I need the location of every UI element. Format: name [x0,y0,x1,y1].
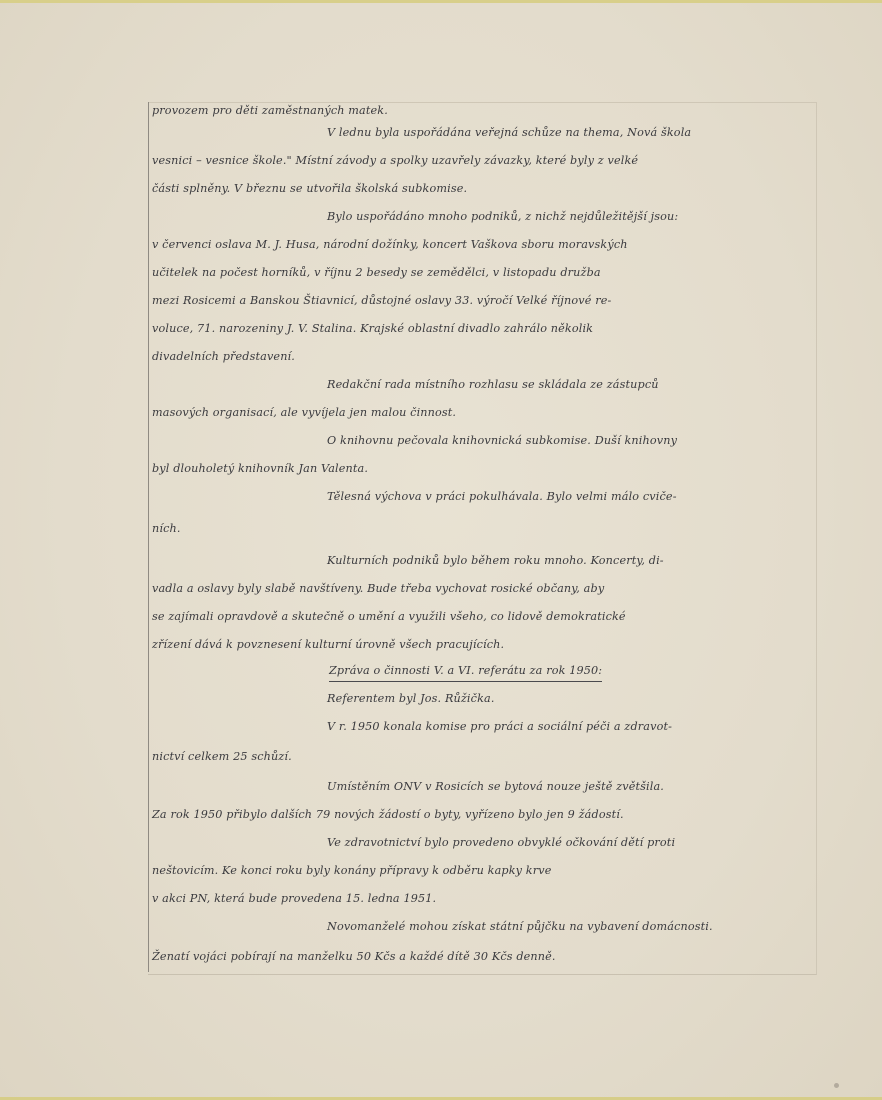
text-line: zřízení dává k povznesení kulturní úrovn… [152,636,504,654]
text-line: Referentem byl Jos. Růžička. [327,690,495,708]
text-line: Novomanželé mohou získat státní půjčku n… [327,918,713,936]
text-line: O knihovnu pečovala knihovnická subkomis… [327,432,677,450]
text-line: se zajímali opravdově a skutečně o umění… [152,608,626,626]
text-line: vadla a oslavy byly slabě navštíveny. Bu… [152,580,604,598]
text-line: Za rok 1950 přibylo dalších 79 nových žá… [152,806,624,824]
text-line: provozem pro děti zaměstnaných matek. [152,102,388,120]
text-line: byl dlouholetý knihovník Jan Valenta. [152,460,368,478]
text-line: Bylo uspořádáno mnoho podniků, z nichž n… [327,208,678,226]
text-line: Redakční rada místního rozhlasu se sklád… [327,376,659,394]
page-top-edge [0,0,882,3]
text-line: divadelních představení. [152,348,295,366]
section-heading: Zpráva o činnosti V. a VI. referátu za r… [329,662,602,682]
text-line: Ženatí vojáci pobírají na manželku 50 Kč… [152,948,556,966]
paper-spot [834,1083,839,1088]
text-line: voluce, 71. narozeniny J. V. Stalina. Kr… [152,320,593,338]
left-margin-line [148,102,149,972]
text-line: V lednu byla uspořádána veřejná schůze n… [327,124,691,142]
text-line: nictví celkem 25 schůzí. [152,748,292,766]
text-line: v červenci oslava M. J. Husa, národní do… [152,236,628,254]
text-line: Tělesná výchova v práci pokulhávala. Byl… [327,488,677,506]
text-line: Umístěním ONV v Rosicích se bytová nouze… [327,778,664,796]
text-line: masových organisací, ale vyvíjela jen ma… [152,404,456,422]
text-line: Kulturních podniků bylo během roku mnoho… [327,552,664,570]
text-line: neštovicím. Ke konci roku byly konány př… [152,862,551,880]
text-line: vesnici – vesnice škole." Místní závody … [152,152,638,170]
text-line: učitelek na počest horníků, v říjnu 2 be… [152,264,601,282]
scanned-page: provozem pro děti zaměstnaných matek. V … [0,0,882,1100]
text-line: části splněny. V březnu se utvořila škol… [152,180,467,198]
text-line: Ve zdravotnictví bylo provedeno obvyklé … [327,834,675,852]
text-line: V r. 1950 konala komise pro práci a soci… [327,718,672,736]
text-line: ních. [152,520,181,538]
text-line: mezi Rosicemi a Banskou Štiavnicí, důsto… [152,292,611,310]
text-line: v akci PN, která bude provedena 15. ledn… [152,890,436,908]
